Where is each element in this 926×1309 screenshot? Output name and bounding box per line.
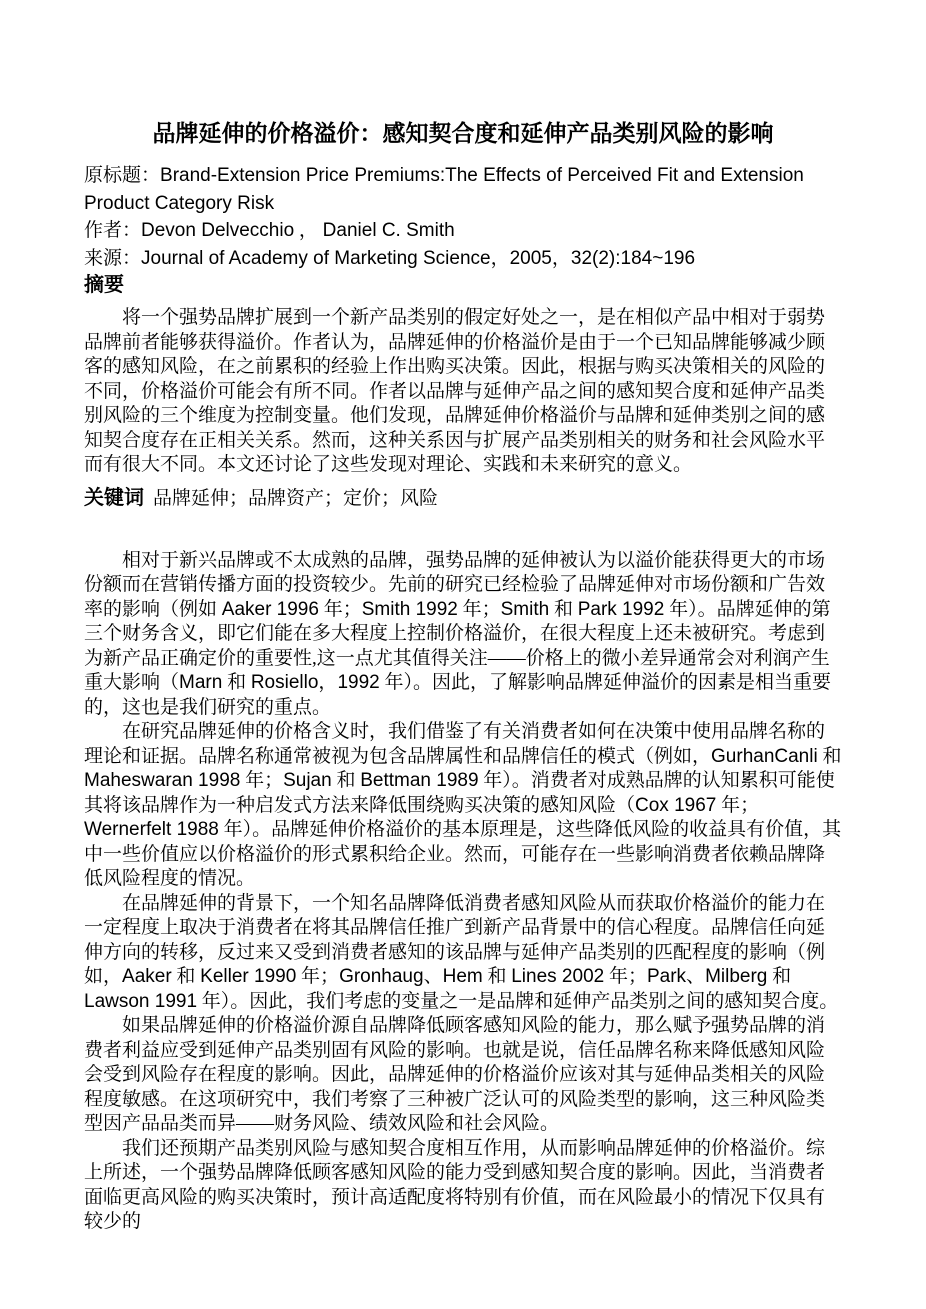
body-paragraph: 在研究品牌延伸的价格含义时，我们借鉴了有关消费者如何在决策中使用品牌名称的理论和… (84, 720, 842, 892)
abstract-paragraph: 将一个强势品牌扩展到一个新产品类别的假定好处之一，是在相似产品中相对于弱势品牌前… (84, 306, 842, 478)
meta-label-authors: 作者： (84, 220, 141, 241)
meta-value-original-title: Brand-Extension Price Premiums:The Effec… (84, 165, 804, 214)
body-paragraph: 如果品牌延伸的价格溢价源自品牌降低顾客感知风险的能力，那么赋予强势品牌的消费者利… (84, 1014, 842, 1137)
meta-line-authors: 作者：Devon Delvecchio ， Daniel C. Smith (84, 217, 842, 245)
document-page: 品牌延伸的价格溢价：感知契合度和延伸产品类别风险的影响 原标题：Brand-Ex… (0, 0, 926, 1309)
keywords-label: 关键词 (84, 487, 144, 509)
body-paragraph: 相对于新兴品牌或不太成熟的品牌，强势品牌的延伸被认为以溢价能获得更大的市场份额而… (84, 549, 842, 721)
meta-label-original-title: 原标题： (84, 165, 160, 186)
meta-line-original-title: 原标题：Brand-Extension Price Premiums:The E… (84, 162, 842, 217)
keywords-text: 品牌延伸；品牌资产；定价；风险 (153, 488, 438, 509)
body-paragraph: 在品牌延伸的背景下，一个知名品牌降低消费者感知风险从而获取价格溢价的能力在一定程… (84, 892, 842, 1015)
keywords-line: 关键词品牌延伸；品牌资产；定价；风险 (84, 486, 842, 511)
meta-value-source: Journal of Academy of Marketing Science，… (141, 248, 695, 269)
body-paragraph: 我们还预期产品类别风险与感知契合度相互作用，从而影响品牌延伸的价格溢价。综上所述… (84, 1137, 842, 1235)
abstract-heading: 摘要 (84, 272, 842, 298)
meta-block: 原标题：Brand-Extension Price Premiums:The E… (84, 162, 842, 272)
body-section: 相对于新兴品牌或不太成熟的品牌，强势品牌的延伸被认为以溢价能获得更大的市场份额而… (84, 549, 842, 1235)
meta-value-authors: Devon Delvecchio ， Daniel C. Smith (141, 220, 455, 241)
paper-title: 品牌延伸的价格溢价：感知契合度和延伸产品类别风险的影响 (84, 116, 842, 150)
meta-line-source: 来源：Journal of Academy of Marketing Scien… (84, 245, 842, 273)
meta-label-source: 来源： (84, 248, 141, 269)
